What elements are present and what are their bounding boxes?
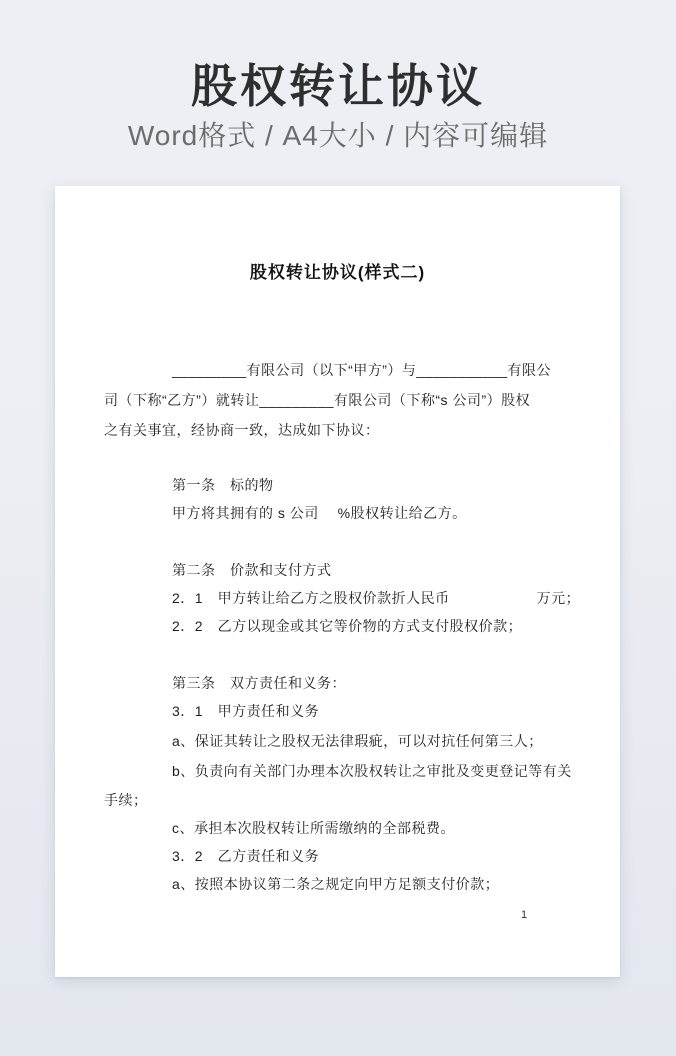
document-page: 股权转让协议(样式二) _________有限公司（以下“甲方”）与______… [55, 186, 620, 977]
doc-line: 3．1 甲方责任和义务 [172, 703, 319, 720]
doc-line: 之有关事宜，经协商一致，达成如下协议： [104, 422, 380, 439]
doc-line: a、按照本协议第二条之规定向甲方足额支付价款； [172, 876, 499, 893]
doc-line: 司（下称“乙方”）就转让_________有限公司（下称“s 公司”）股权 [104, 392, 530, 409]
doc-line: 2．1 甲方转让给乙方之股权价款折人民币 万元； [172, 590, 580, 607]
page-number: 1 [514, 909, 534, 922]
doc-line: 甲方将其拥有的 s 公司 %股权转让给乙方。 [172, 505, 467, 522]
doc-line: 手续； [104, 792, 148, 809]
banner-title: 股权转让协议 [0, 62, 676, 110]
doc-line-clause-2: 第二条 价款和支付方式 [172, 562, 332, 579]
doc-line: b、负责向有关部门办理本次股权转让之审批及变更登记等有关 [172, 763, 572, 780]
banner-subtitle: Word格式 / A4大小 / 内容可编辑 [0, 121, 676, 151]
doc-line: _________有限公司（以下“甲方”）与___________有限公 [172, 362, 551, 379]
document-title: 股权转让协议(样式二) [55, 262, 620, 284]
doc-line: c、承担本次股权转让所需缴纳的全部税费。 [172, 820, 455, 837]
doc-line-clause-1: 第一条 标的物 [172, 477, 274, 494]
doc-line-clause-3: 第三条 双方责任和义务： [172, 675, 346, 692]
doc-line: 2．2 乙方以现金或其它等价物的方式支付股权价款； [172, 618, 522, 635]
doc-line: a、保证其转让之股权无法律瑕疵，可以对抗任何第三人； [172, 733, 543, 750]
doc-line: 3．2 乙方责任和义务 [172, 848, 319, 865]
page-background: 股权转让协议 Word格式 / A4大小 / 内容可编辑 股权转让协议(样式二)… [0, 0, 676, 1056]
